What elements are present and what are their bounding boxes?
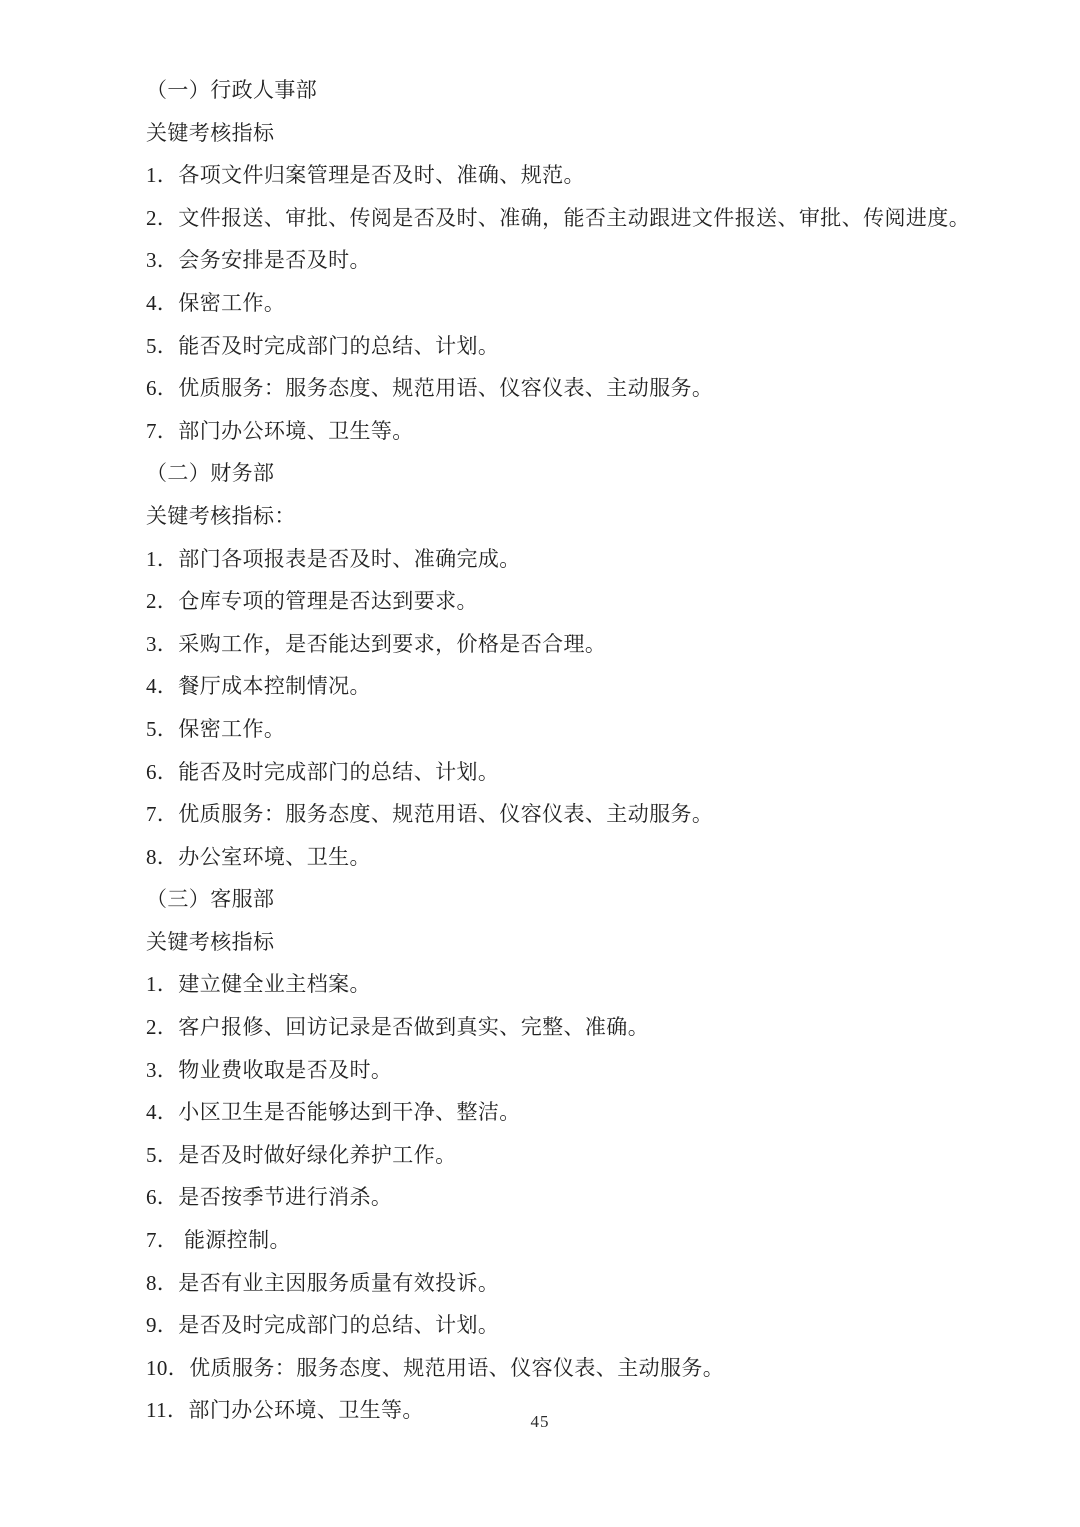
list-item: 6．是否按季节进行消杀。: [146, 1176, 986, 1219]
list-item: 7． 能源控制。: [146, 1219, 986, 1262]
section-3-subheading: 关键考核指标: [146, 921, 986, 964]
page-number: 45: [0, 1412, 1080, 1432]
list-item: 8．是否有业主因服务质量有效投诉。: [146, 1262, 986, 1305]
list-item: 1．各项文件归案管理是否及时、准确、规范。: [146, 154, 986, 197]
list-item: 4．餐厅成本控制情况。: [146, 665, 986, 708]
section-2-heading: （二）财务部: [146, 452, 986, 495]
list-item: 7．优质服务：服务态度、规范用语、仪容仪表、主动服务。: [146, 793, 986, 836]
document-body: （一）行政人事部 关键考核指标 1．各项文件归案管理是否及时、准确、规范。 2．…: [146, 69, 986, 1432]
section-2-subheading: 关键考核指标：: [146, 495, 986, 538]
list-item: 5．是否及时做好绿化养护工作。: [146, 1134, 986, 1177]
list-item: 1．建立健全业主档案。: [146, 963, 986, 1006]
section-3-heading: （三）客服部: [146, 878, 986, 921]
section-1-heading: （一）行政人事部: [146, 69, 986, 112]
list-item: 5．保密工作。: [146, 708, 986, 751]
list-item: 2．仓库专项的管理是否达到要求。: [146, 580, 986, 623]
list-item: 3．会务安排是否及时。: [146, 239, 986, 282]
list-item: 6．优质服务：服务态度、规范用语、仪容仪表、主动服务。: [146, 367, 986, 410]
list-item: 5．能否及时完成部门的总结、计划。: [146, 325, 986, 368]
list-item: 3．采购工作，是否能达到要求，价格是否合理。: [146, 623, 986, 666]
list-item: 4．小区卫生是否能够达到干净、整洁。: [146, 1091, 986, 1134]
section-1-subheading: 关键考核指标: [146, 112, 986, 155]
list-item: 1．部门各项报表是否及时、准确完成。: [146, 538, 986, 581]
list-item: 2．客户报修、回访记录是否做到真实、完整、准确。: [146, 1006, 986, 1049]
list-item: 7．部门办公环境、卫生等。: [146, 410, 986, 453]
list-item: 3．物业费收取是否及时。: [146, 1049, 986, 1092]
list-item: 6．能否及时完成部门的总结、计划。: [146, 751, 986, 794]
list-item: 9．是否及时完成部门的总结、计划。: [146, 1304, 986, 1347]
list-item: 10．优质服务：服务态度、规范用语、仪容仪表、主动服务。: [146, 1347, 986, 1390]
list-item: 2．文件报送、审批、传阅是否及时、准确，能否主动跟进文件报送、审批、传阅进度。: [146, 197, 986, 240]
list-item: 8．办公室环境、卫生。: [146, 836, 986, 879]
list-item: 4．保密工作。: [146, 282, 986, 325]
